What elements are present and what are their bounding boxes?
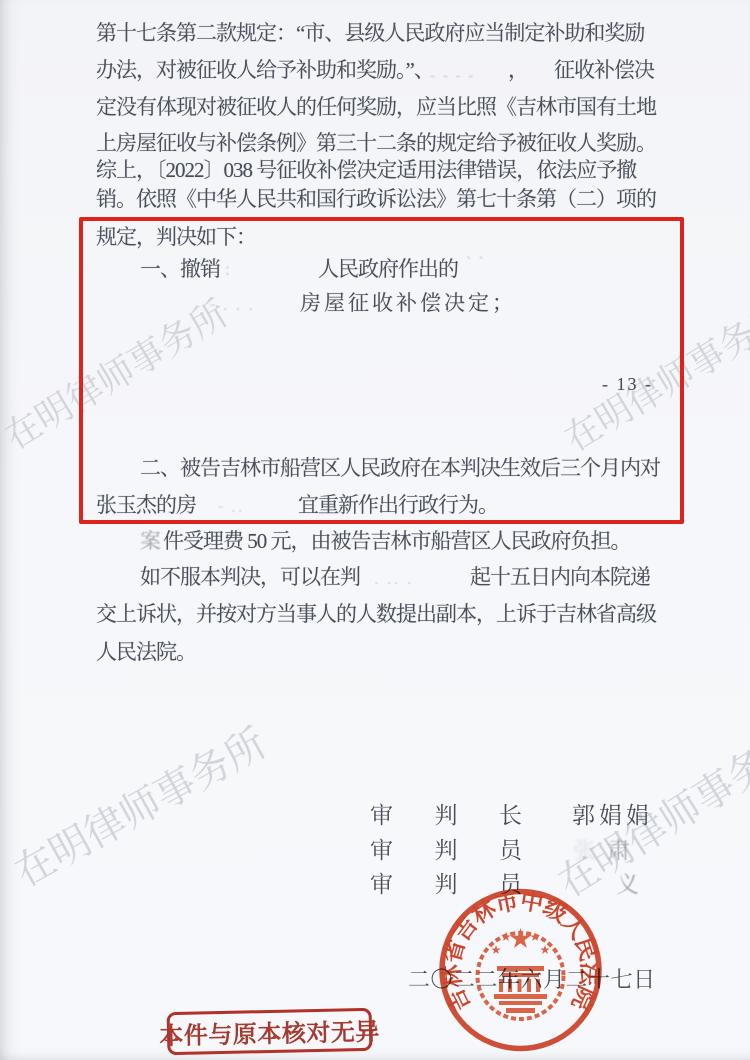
redaction-residue: ˉ ·· [218,499,245,525]
body-line: 规定，判决如下： [96,224,256,250]
seal-text: 吉林省吉林市中级人民法院 [439,888,602,1016]
redaction-residue: ： [224,258,241,284]
judge-name-redacted: 肃 [607,832,630,865]
judgment-item-1: 房屋征收补偿决定； [300,290,516,316]
diagonal-watermark: 在明律师事务所 [8,723,272,894]
body-line: 征收补偿决 [554,57,654,83]
judgment-item-2: 张玉杰的房 [96,492,196,518]
redaction-residue: - - - - [430,63,475,89]
body-line: 案 [140,528,160,554]
presiding-judge-name: 郭娟娟 [572,797,653,830]
body-line: 定没有体现对被征收人的任何奖励，应当比照《吉林市国有土地 [96,94,656,120]
date-part: 年六月 [498,967,566,992]
judgment-date: 二〇二二年六月二十七日 [408,963,656,994]
diagonal-watermark: 在明律师事务所 [559,297,750,458]
body-line: 第十七条第二款规定：“市、县级人民政府应当制定补助和奖励 [96,20,644,46]
title-char: 判 [435,866,458,899]
appeal-notice-line: 如不服本判决，可以在判 [140,564,360,590]
judge-name-redacted: 义 [616,866,639,899]
page-number: - 13 - [602,371,653,397]
judge-title: 审 判 员 [370,832,522,865]
verification-stamp: 本件与原本核对无异 [167,1008,373,1055]
body-line: ， [508,57,528,83]
appeal-notice-line: 起十五日内向本院递 [470,564,650,590]
redaction-residue: · ·· · [374,571,413,597]
body-line: 件受理费 50 元，由被告吉林市船营区人民政府负担。 [163,528,631,554]
scanned-court-judgment-page: 在明律师事务所 在明律师事务所 在明律师事务所 在明律师事务所 第十七条第二款规… [0,0,750,1060]
title-char: 审 [370,797,393,830]
body-line: 办法，对被征收人给予补助和奖励。”、 [96,57,434,83]
appeal-notice-line: 人民法院。 [96,639,196,665]
date-part: 七日 [611,967,656,992]
redaction-residue: ˉ · · · [210,297,255,323]
appeal-notice-line: 交上诉状，并按对方当事人的人数提出副本，上诉于吉林省高级 [96,601,656,627]
body-line: 上房屋征收与补偿条例》第三十二条的规定给予被征收人奖励。 [96,130,656,156]
title-char: 员 [499,832,522,865]
title-char: 判 [435,832,458,865]
title-char: 员 [499,866,522,899]
svg-text:吉林省吉林市中级人民法院: 吉林省吉林市中级人民法院 [439,888,602,1016]
title-char: 长 [499,797,522,830]
judgment-item-1: 人民政府作出的 [318,256,458,282]
title-char: 判 [435,797,458,830]
judgment-item-2: 宜重新作出行政行为。 [298,492,498,518]
presiding-judge-title: 审 判 长 [370,797,522,830]
title-char: 审 [370,866,393,899]
date-part-obscured: 二二 [453,967,498,992]
judge-name-redacted: 张 [573,832,596,865]
judgment-item-2: 二、被告吉林市船营区人民政府在本判决生效后三个月内对 [140,455,660,481]
redaction-residue: ˋ ˋ [466,250,486,276]
verification-stamp-text: 本件与原本核对无异 [159,1012,380,1052]
body-line: 综上，〔2022〕038 号征收补偿决定适用法律错误，依法应予撤 [96,157,636,183]
judgment-item-1: 一、撤销 [140,256,220,282]
title-char: 审 [370,832,393,865]
diagonal-watermark: 在明律师事务所 [0,295,233,456]
date-part: 二〇 [408,967,453,992]
date-part-obscured: 二十 [566,967,611,992]
judge-title: 审 判 员 [370,866,522,899]
body-line: 销。依照《中华人民共和国行政诉讼法》第七十条第（二）项的 [96,186,656,212]
